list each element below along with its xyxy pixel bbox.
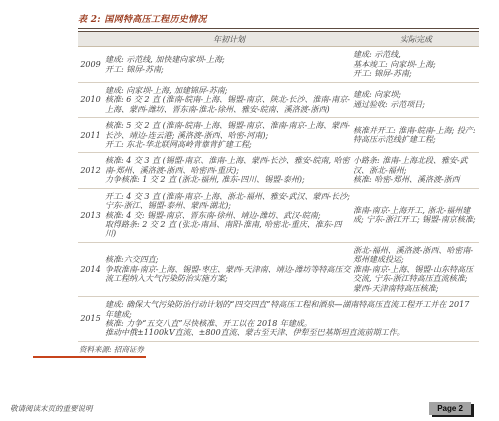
plan-cell: 核准: 4 交 3 直 (锡盟-南京、淮南-上海、蒙西-长沙、雅安-皖南, 哈密… <box>105 153 353 188</box>
table-row: 2011 核准: 5 交 2 直 (淮南-皖南-上海、锡盟-南京、淮南-南京-上… <box>78 118 479 153</box>
year-cell: 2015 <box>78 297 105 342</box>
year-cell: 2009 <box>78 47 105 82</box>
footer-disclaimer: 敬请阅读末页的重要说明 <box>10 403 93 414</box>
table-row: 2014 核准:六交四直; 争取淮南-南京-上海、锡盟-枣庄、蒙西-天津南、靖边… <box>78 242 479 296</box>
year-cell: 2011 <box>78 118 105 153</box>
header-plan-cell: 年初计划 <box>105 32 353 47</box>
year-cell: 2012 <box>78 153 105 188</box>
plan-cell: 建成: 确保大气污染防治行动计划的“四交四直”特高压工程和酒泉—湖南特高压直流工… <box>105 297 479 342</box>
table-body: 2009 建成: 示范线, 加快建向家坝-上海; 开工: 锦屏-苏南; 建成: … <box>78 47 479 341</box>
table-row: 2015 建成: 确保大气污染防治行动计划的“四交四直”特高压工程和酒泉—湖南特… <box>78 297 479 342</box>
actual-cell: 淮南-南京-上海开工, 浙北-福州建成; 宁东-浙江开工; 锡盟-南京核准; <box>353 188 479 242</box>
year-cell: 2010 <box>78 82 105 117</box>
table-row: 2009 建成: 示范线, 加快建向家坝-上海; 开工: 锦屏-苏南; 建成: … <box>78 47 479 82</box>
report-page: 表 2: 国网特高压工程历史情况 年初计划 实际完成 2009 建成: 示范线,… <box>0 0 499 421</box>
plan-cell: 建成: 示范线, 加快建向家坝-上海; 开工: 锦屏-苏南; <box>105 47 353 82</box>
plan-cell: 核准:六交四直; 争取淮南-南京-上海、锡盟-枣庄、蒙西-天津南、靖边-潍坊等特… <box>105 242 353 296</box>
source-note: 资料来源: 招商证券 <box>78 344 479 355</box>
table-block: 表 2: 国网特高压工程历史情况 年初计划 实际完成 2009 建成: 示范线,… <box>78 12 479 358</box>
actual-cell: 小路条: 淮南-上海北段、雅安-武汉、浙北-福州; 核准: 哈密-郑州、溪洛渡-… <box>353 153 479 188</box>
actual-cell: 建成: 示范线, 基本竣工: 向家坝-上海; 开工: 锦屏-苏南; <box>353 47 479 82</box>
actual-cell: 浙北-福州、溪洛渡-浙西、哈密南-郑州建成投运; 淮南-南京-上海、锡盟-山东特… <box>353 242 479 296</box>
uhv-history-table: 年初计划 实际完成 2009 建成: 示范线, 加快建向家坝-上海; 开工: 锦… <box>78 32 479 342</box>
actual-cell: 核准并开工: 淮南-皖南-上海; 投产: 特高压示范线扩建工程; <box>353 118 479 153</box>
actual-cell: 建成: 向家坝; 通过验收: 示范项目; <box>353 82 479 117</box>
plan-cell: 核准: 5 交 2 直 (淮南-皖南-上海、锡盟-南京、淮南-南京-上海、蒙西-… <box>105 118 353 153</box>
plan-cell: 开工: 4 交 3 直 (淮南-南京-上海、浙北-福州、雅安-武汉、蒙西-长沙;… <box>105 188 353 242</box>
year-cell: 2013 <box>78 188 105 242</box>
header-year-cell <box>78 32 105 47</box>
header-actual-cell: 实际完成 <box>353 32 479 47</box>
plan-cell: 建成: 向家坝-上海, 加建锦屏-苏南; 核准: 6 交 2 直 (淮南-皖南-… <box>105 82 353 117</box>
year-cell: 2014 <box>78 242 105 296</box>
table-row: 2012 核准: 4 交 3 直 (锡盟-南京、淮南-上海、蒙西-长沙、雅安-皖… <box>78 153 479 188</box>
table-row: 2013 开工: 4 交 3 直 (淮南-南京-上海、浙北-福州、雅安-武汉、蒙… <box>78 188 479 242</box>
table-row: 2010 建成: 向家坝-上海, 加建锦屏-苏南; 核准: 6 交 2 直 (淮… <box>78 82 479 117</box>
table-header-row: 年初计划 实际完成 <box>78 32 479 47</box>
page-number-badge: Page 2 <box>429 402 471 415</box>
table-title: 表 2: 国网特高压工程历史情况 <box>78 12 479 25</box>
accent-underline <box>33 356 146 358</box>
